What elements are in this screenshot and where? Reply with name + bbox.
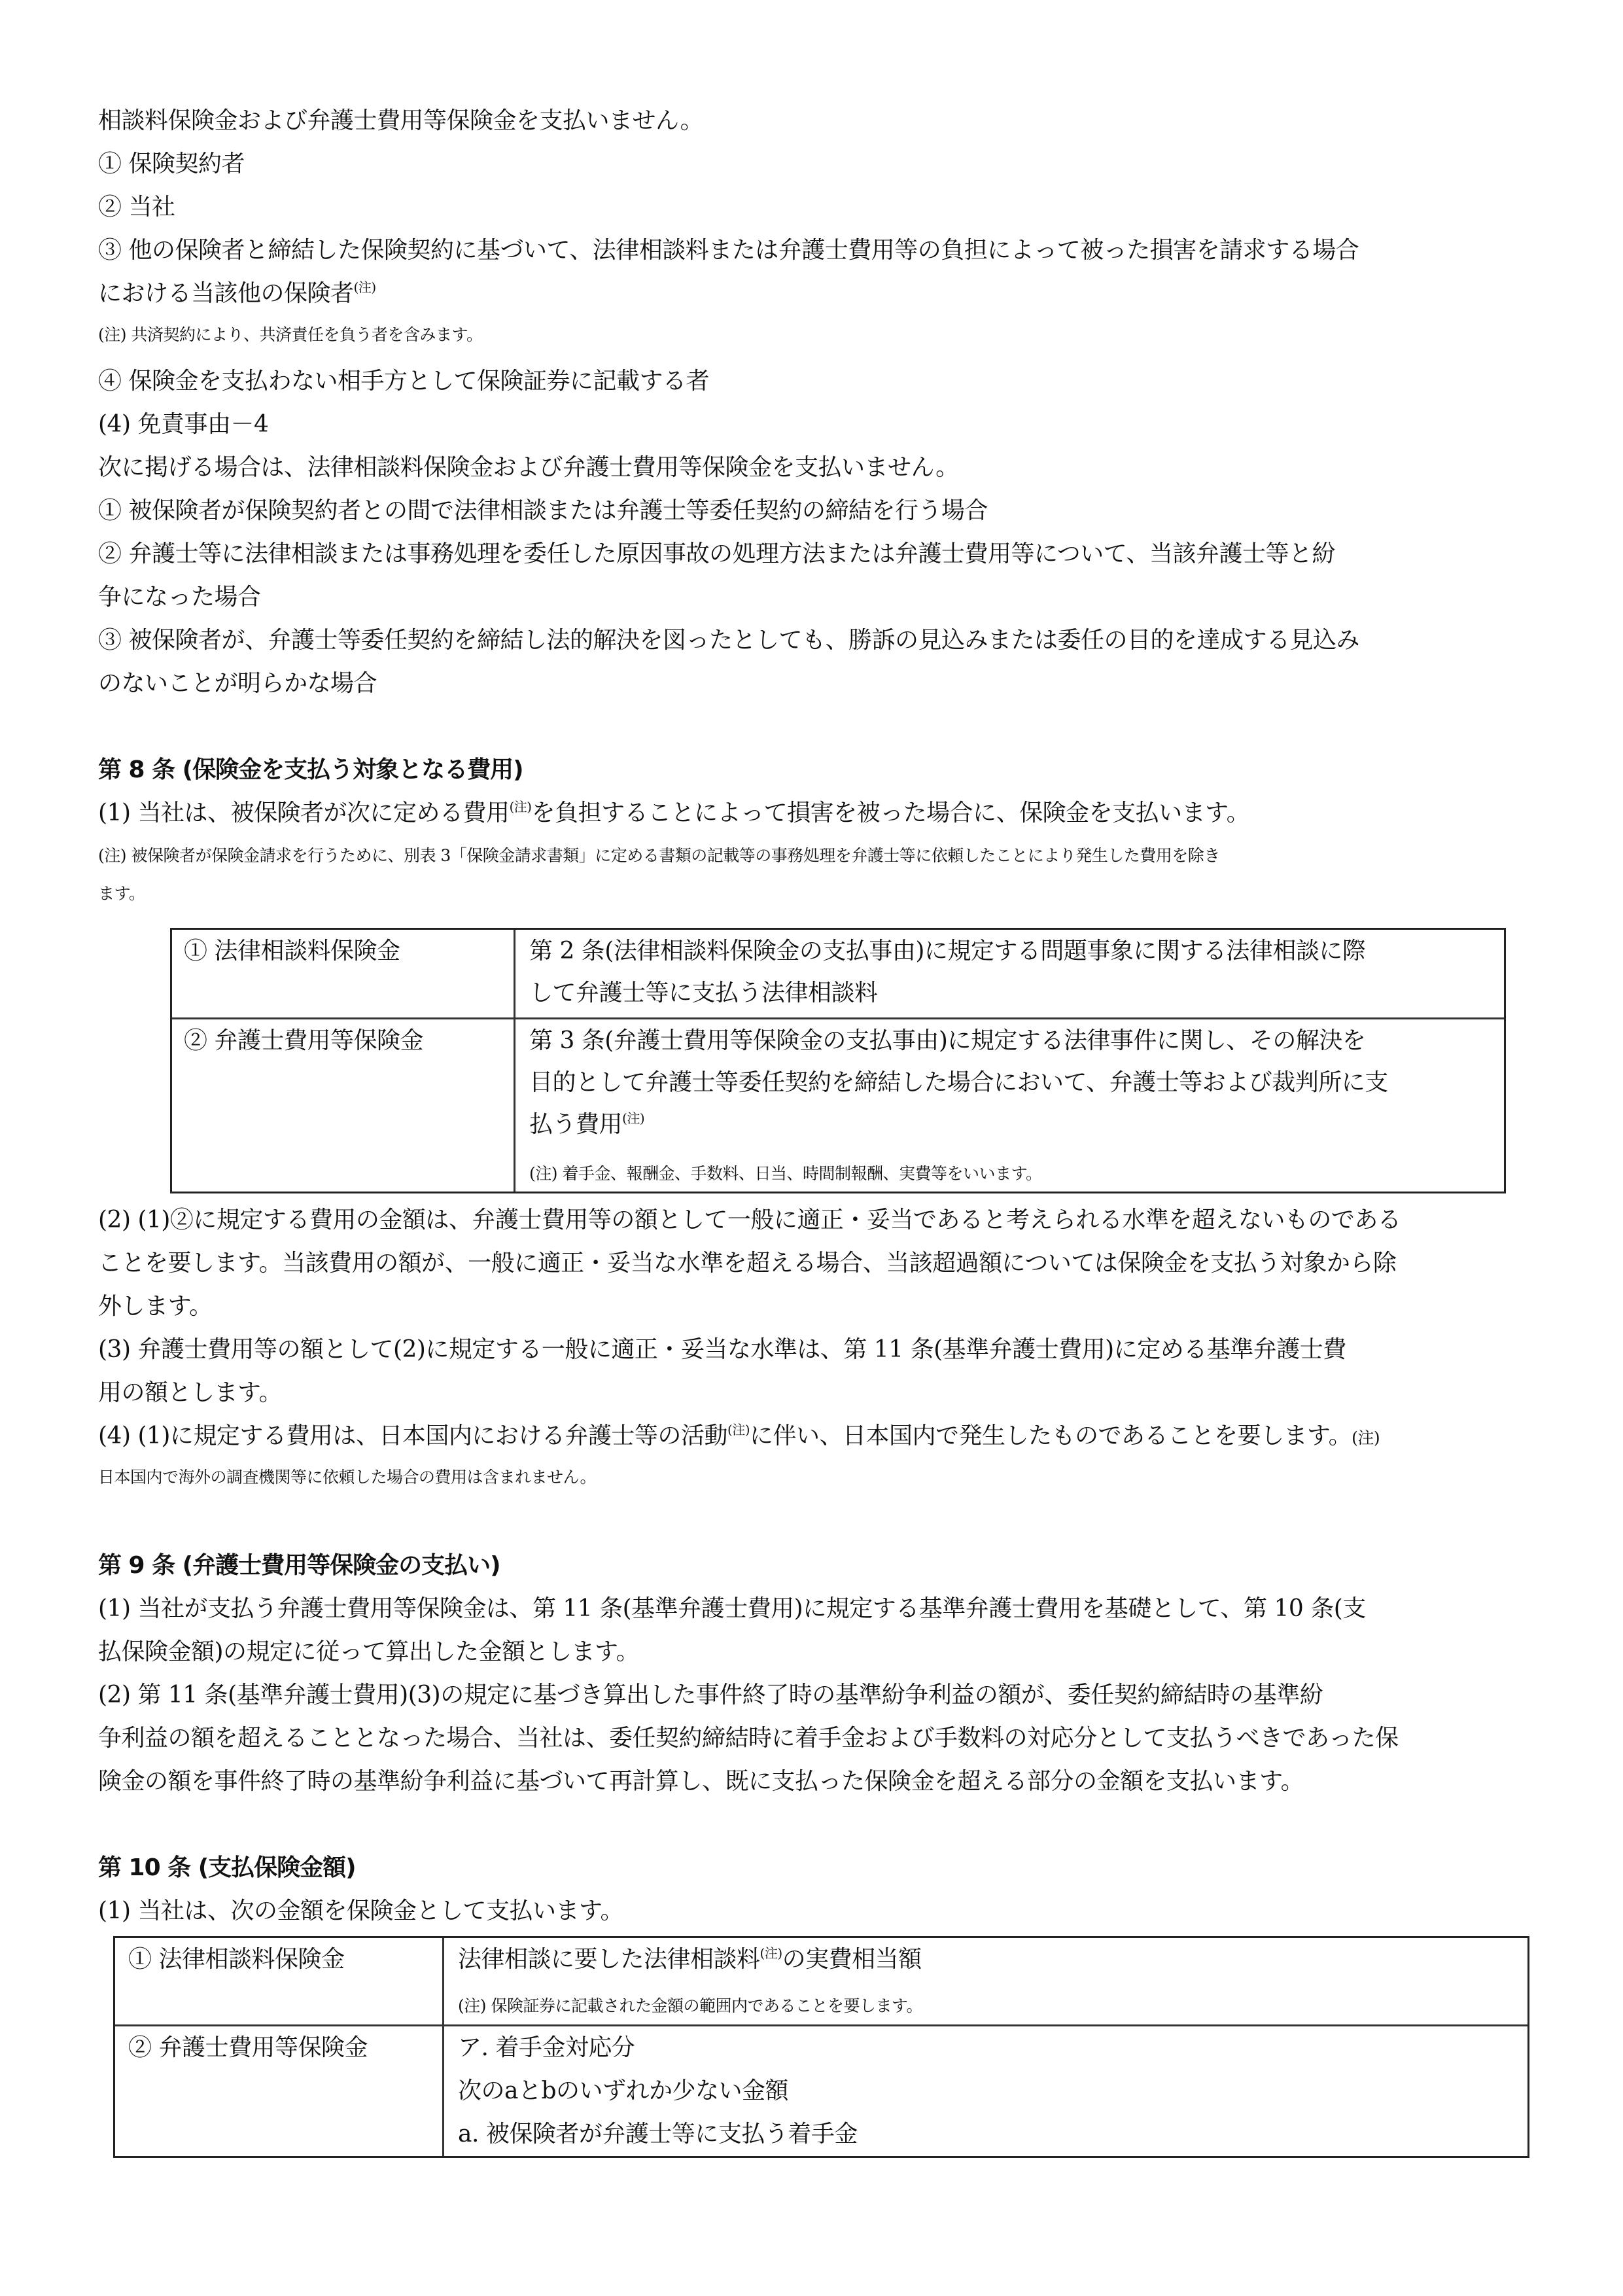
paragraph-continued: 争利益の額を超えることとなった場合、当社は、委任契約締結時に着手金および手数料の… xyxy=(98,1717,1399,1760)
row-label: ② 弁護士費用等保険金 xyxy=(184,1019,423,1063)
row-description: 法律相談に要した法律相談料(注)の実費相当額 xyxy=(458,1938,922,1981)
list-item: ④ 保険金を支払わない相手方として保険証券に記載する者 xyxy=(98,360,709,403)
footnote-marker: (注) xyxy=(509,799,531,815)
footnote: 日本国内で海外の調査機関等に依頼した場合の費用は含まれません。 xyxy=(98,1464,596,1491)
table-row: ① 法律相談料保険金 第 2 条(法律相談料保険金の支払事由)に規定する問題事象… xyxy=(172,930,1504,1019)
paragraph-continued: ことを要します。当該費用の額が、一般に適正・妥当な水準を超える場合、当該超過額に… xyxy=(98,1242,1396,1285)
footnote-marker: (注) xyxy=(760,1945,782,1961)
row-description: 第 3 条(弁護士費用等保険金の支払事由)に規定する法律事件に関し、その解決を xyxy=(529,1019,1365,1063)
list-item-continued: における当該他の保険者(注) xyxy=(98,272,376,315)
list-item-continued: 争になった場合 xyxy=(98,576,261,619)
list-item: ① 被保険者が保険契約者との間で法律相談または弁護士等委任契約の締結を行う場合 xyxy=(98,489,988,533)
article-10-table: ① 法律相談料保険金 法律相談に要した法律相談料(注)の実費相当額 (注) 保険… xyxy=(113,1936,1529,2158)
row-description: 次のaとbのいずれか少ない金額 xyxy=(458,2070,788,2113)
list-item: ② 当社 xyxy=(98,186,175,229)
row-label: ② 弁護士費用等保険金 xyxy=(128,2026,368,2070)
row-description: ア. 着手金対応分 xyxy=(458,2026,635,2070)
list-item: ① 保険契約者 xyxy=(98,143,245,186)
list-item: ③ 被保険者が、弁護士等委任契約を締結し法的解決を図ったとしても、勝訴の見込みま… xyxy=(98,619,1359,662)
row-description: して弁護士等に支払う法律相談料 xyxy=(529,972,878,1015)
list-item: ③ 他の保険者と締結した保険契約に基づいて、法律相談料または弁護士費用等の負担に… xyxy=(98,229,1359,272)
table-row: ② 弁護士費用等保険金 第 3 条(弁護士費用等保険金の支払事由)に規定する法律… xyxy=(172,1017,1504,1193)
footnote-marker: (注) xyxy=(354,279,376,295)
footnote-marker: (注) xyxy=(622,1110,644,1126)
paragraph: (3) 弁護士費用等の額として(2)に規定する一般に適正・妥当な水準は、第 11… xyxy=(98,1328,1346,1371)
paragraph-continued: 外します。 xyxy=(98,1285,213,1328)
list-item: ② 弁護士等に法律相談または事務処理を委任した原因事故の処理方法または弁護士費用… xyxy=(98,533,1335,576)
paragraph-continued: 払保険金額)の規定に従って算出した金額とします。 xyxy=(98,1631,639,1674)
row-description: a. 被保険者が弁護士等に支払う着手金 xyxy=(458,2113,858,2156)
article-8-table: ① 法律相談料保険金 第 2 条(法律相談料保険金の支払事由)に規定する問題事象… xyxy=(170,928,1506,1193)
row-label: ① 法律相談料保険金 xyxy=(184,930,400,973)
article-8-title: 第 8 条 (保険金を支払う対象となる費用) xyxy=(98,749,523,792)
paragraph: (1) 当社は、被保険者が次に定める費用(注)を負担することによって損害を被った… xyxy=(98,792,1249,835)
footnote-continued: ます。 xyxy=(98,881,145,907)
paragraph: (2) (1)②に規定する費用の金額は、弁護士費用等の額として一般に適正・妥当で… xyxy=(98,1199,1401,1242)
article-9-title: 第 9 条 (弁護士費用等保険金の支払い) xyxy=(98,1544,500,1587)
row-description: 目的として弁護士等委任契約を締結した場合において、弁護士等および裁判所に支 xyxy=(529,1061,1388,1104)
paragraph: 次に掲げる場合は、法律相談料保険金および弁護士費用等保険金を支払いません。 xyxy=(98,446,959,489)
paragraph: (1) 当社は、次の金額を保険金として支払います。 xyxy=(98,1890,623,1933)
list-item-continued: のないことが明らかな場合 xyxy=(98,662,377,705)
continuation-line: 相談料保険金および弁護士費用等保険金を支払いません。 xyxy=(98,99,703,143)
footnote-marker: (注) xyxy=(1352,1428,1380,1447)
paragraph-continued: 険金の額を事件終了時の基準紛争利益に基づいて再計算し、既に支払った保険金を超える… xyxy=(98,1760,1304,1803)
paragraph: (4) (1)に規定する費用は、日本国内における弁護士等の活動(注)に伴い、日本… xyxy=(98,1415,1380,1460)
footnote-marker: (注) xyxy=(727,1422,750,1438)
row-description: 払う費用(注) xyxy=(529,1103,644,1146)
cell-footnote: (注) 保険証券に記載された金額の範囲内であることを要します。 xyxy=(458,1983,922,2026)
row-description: 第 2 条(法律相談料保険金の支払事由)に規定する問題事象に関する法律相談に際 xyxy=(529,930,1365,973)
footnote: (注) 被保険者が保険金請求を行うために、別表 3「保険金請求書類」に定める書類… xyxy=(98,843,1220,869)
section-heading: (4) 免責事由－4 xyxy=(98,403,268,446)
cell-footnote: (注) 着手金、報酬金、手数料、日当、時間制報酬、実費等をいいます。 xyxy=(529,1150,1041,1193)
table-row: ② 弁護士費用等保険金 ア. 着手金対応分 次のaとbのいずれか少ない金額 a.… xyxy=(115,2024,1527,2158)
paragraph: (1) 当社が支払う弁護士費用等保険金は、第 11 条(基準弁護士費用)に規定す… xyxy=(98,1587,1366,1631)
table-row: ① 法律相談料保険金 法律相談に要した法律相談料(注)の実費相当額 (注) 保険… xyxy=(115,1938,1527,2026)
row-label: ① 法律相談料保険金 xyxy=(128,1938,344,1981)
article-10-title: 第 10 条 (支払保険金額) xyxy=(98,1846,356,1890)
paragraph: (2) 第 11 条(基準弁護士費用)(3)の規定に基づき算出した事件終了時の基… xyxy=(98,1674,1323,1717)
paragraph-continued: 用の額とします。 xyxy=(98,1371,282,1415)
footnote: (注) 共済契約により、共済責任を負う者を含みます。 xyxy=(98,322,482,348)
